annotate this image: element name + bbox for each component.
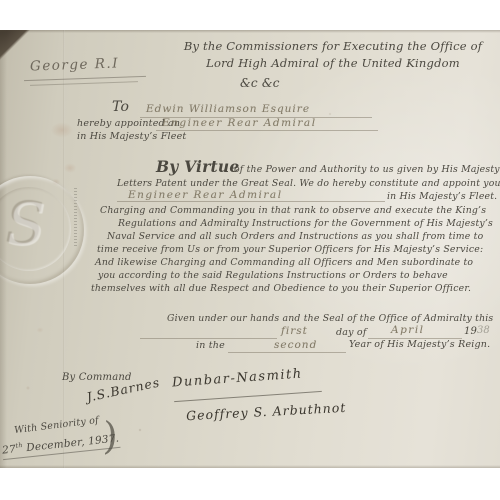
issuance-month-fill: April	[391, 324, 425, 336]
body-line-8: you according to the said Regulations In…	[98, 270, 448, 281]
body-line-2: Letters Patent under the Great Seal. We …	[117, 178, 500, 189]
sea-lord-signature-2: Geoffrey S. Arbuthnot	[186, 400, 347, 423]
body-line-5: Naval Service and all such Orders and In…	[107, 231, 483, 242]
header-line-1: By the Commissioners for Executing the O…	[168, 38, 498, 55]
body-line-9: themselves with all due Respect and Obed…	[91, 283, 471, 294]
address-recipient: Edwin Williamson Esquire	[146, 103, 310, 115]
body-line-3: Charging and Commanding you in that rank…	[100, 205, 486, 216]
seniority-day-number: 27	[2, 443, 17, 456]
paper-bottom-edge	[0, 465, 500, 468]
body-line-6: time receive from Us or from your Superi…	[97, 244, 483, 255]
body-line-1: of the Power and Authority to us given b…	[234, 164, 500, 175]
address-to-label: To	[112, 99, 129, 115]
body-rank-underline	[117, 201, 385, 202]
body-opening: By Virtue	[156, 157, 239, 176]
rank-underline	[156, 130, 378, 131]
commission-document-photo: S By the Commissioners for Executing the…	[0, 30, 500, 468]
issuance-regnal-label: Year of His Majesty’s Reign.	[349, 339, 490, 350]
issuance-line: Given under our hands and the Seal of th…	[167, 313, 493, 324]
issuance-blank-rule-1	[140, 338, 277, 339]
issuance-regnal-fill: second	[274, 339, 317, 351]
issuance-year-printed: 19	[464, 326, 477, 337]
issuance-day-fill: first	[281, 325, 308, 337]
paper-top-edge	[0, 30, 500, 33]
issuance-year-fill: 38	[477, 325, 490, 336]
royal-signature-flourish-line	[24, 76, 146, 81]
commissioners-header: By the Commissioners for Executing the O…	[168, 38, 498, 72]
sea-lord-signature-1: Dunbar-Nasmith	[172, 366, 303, 390]
address-rank: Engineer Rear Admiral	[162, 117, 317, 129]
issuance-blank-rule-3	[228, 352, 346, 353]
address-fleet-line: in His Majesty’s Fleet	[77, 131, 186, 142]
issuance-day-of-label: day of	[336, 327, 367, 338]
sea-lord-signature-1-flourish	[174, 391, 322, 402]
royal-signature-flourish-line-2	[30, 81, 138, 86]
royal-signature: George R.I	[30, 55, 120, 74]
issuance-in-the-label: in the	[196, 340, 225, 351]
auction-photo-page: { "document": { "header": { "line1": "By…	[0, 0, 500, 500]
header-line-2: Lord High Admiral of the United Kingdom	[168, 55, 498, 72]
body-line-7: And likewise Charging and Commanding all…	[95, 257, 473, 268]
body-rank-fill: Engineer Rear Admiral	[128, 189, 283, 201]
header-etc-flourish: &c &c	[240, 76, 280, 90]
body-line-4: Regulations and Admiralty Instructions f…	[118, 218, 493, 229]
embossed-seal-monogram: S	[6, 190, 46, 258]
body-fleet-right: in His Majesty’s Fleet.	[387, 191, 497, 202]
seniority-closing-bracket: )	[102, 414, 119, 458]
embossed-seal: S	[0, 176, 84, 284]
seniority-label: With Seniority of	[14, 415, 100, 436]
